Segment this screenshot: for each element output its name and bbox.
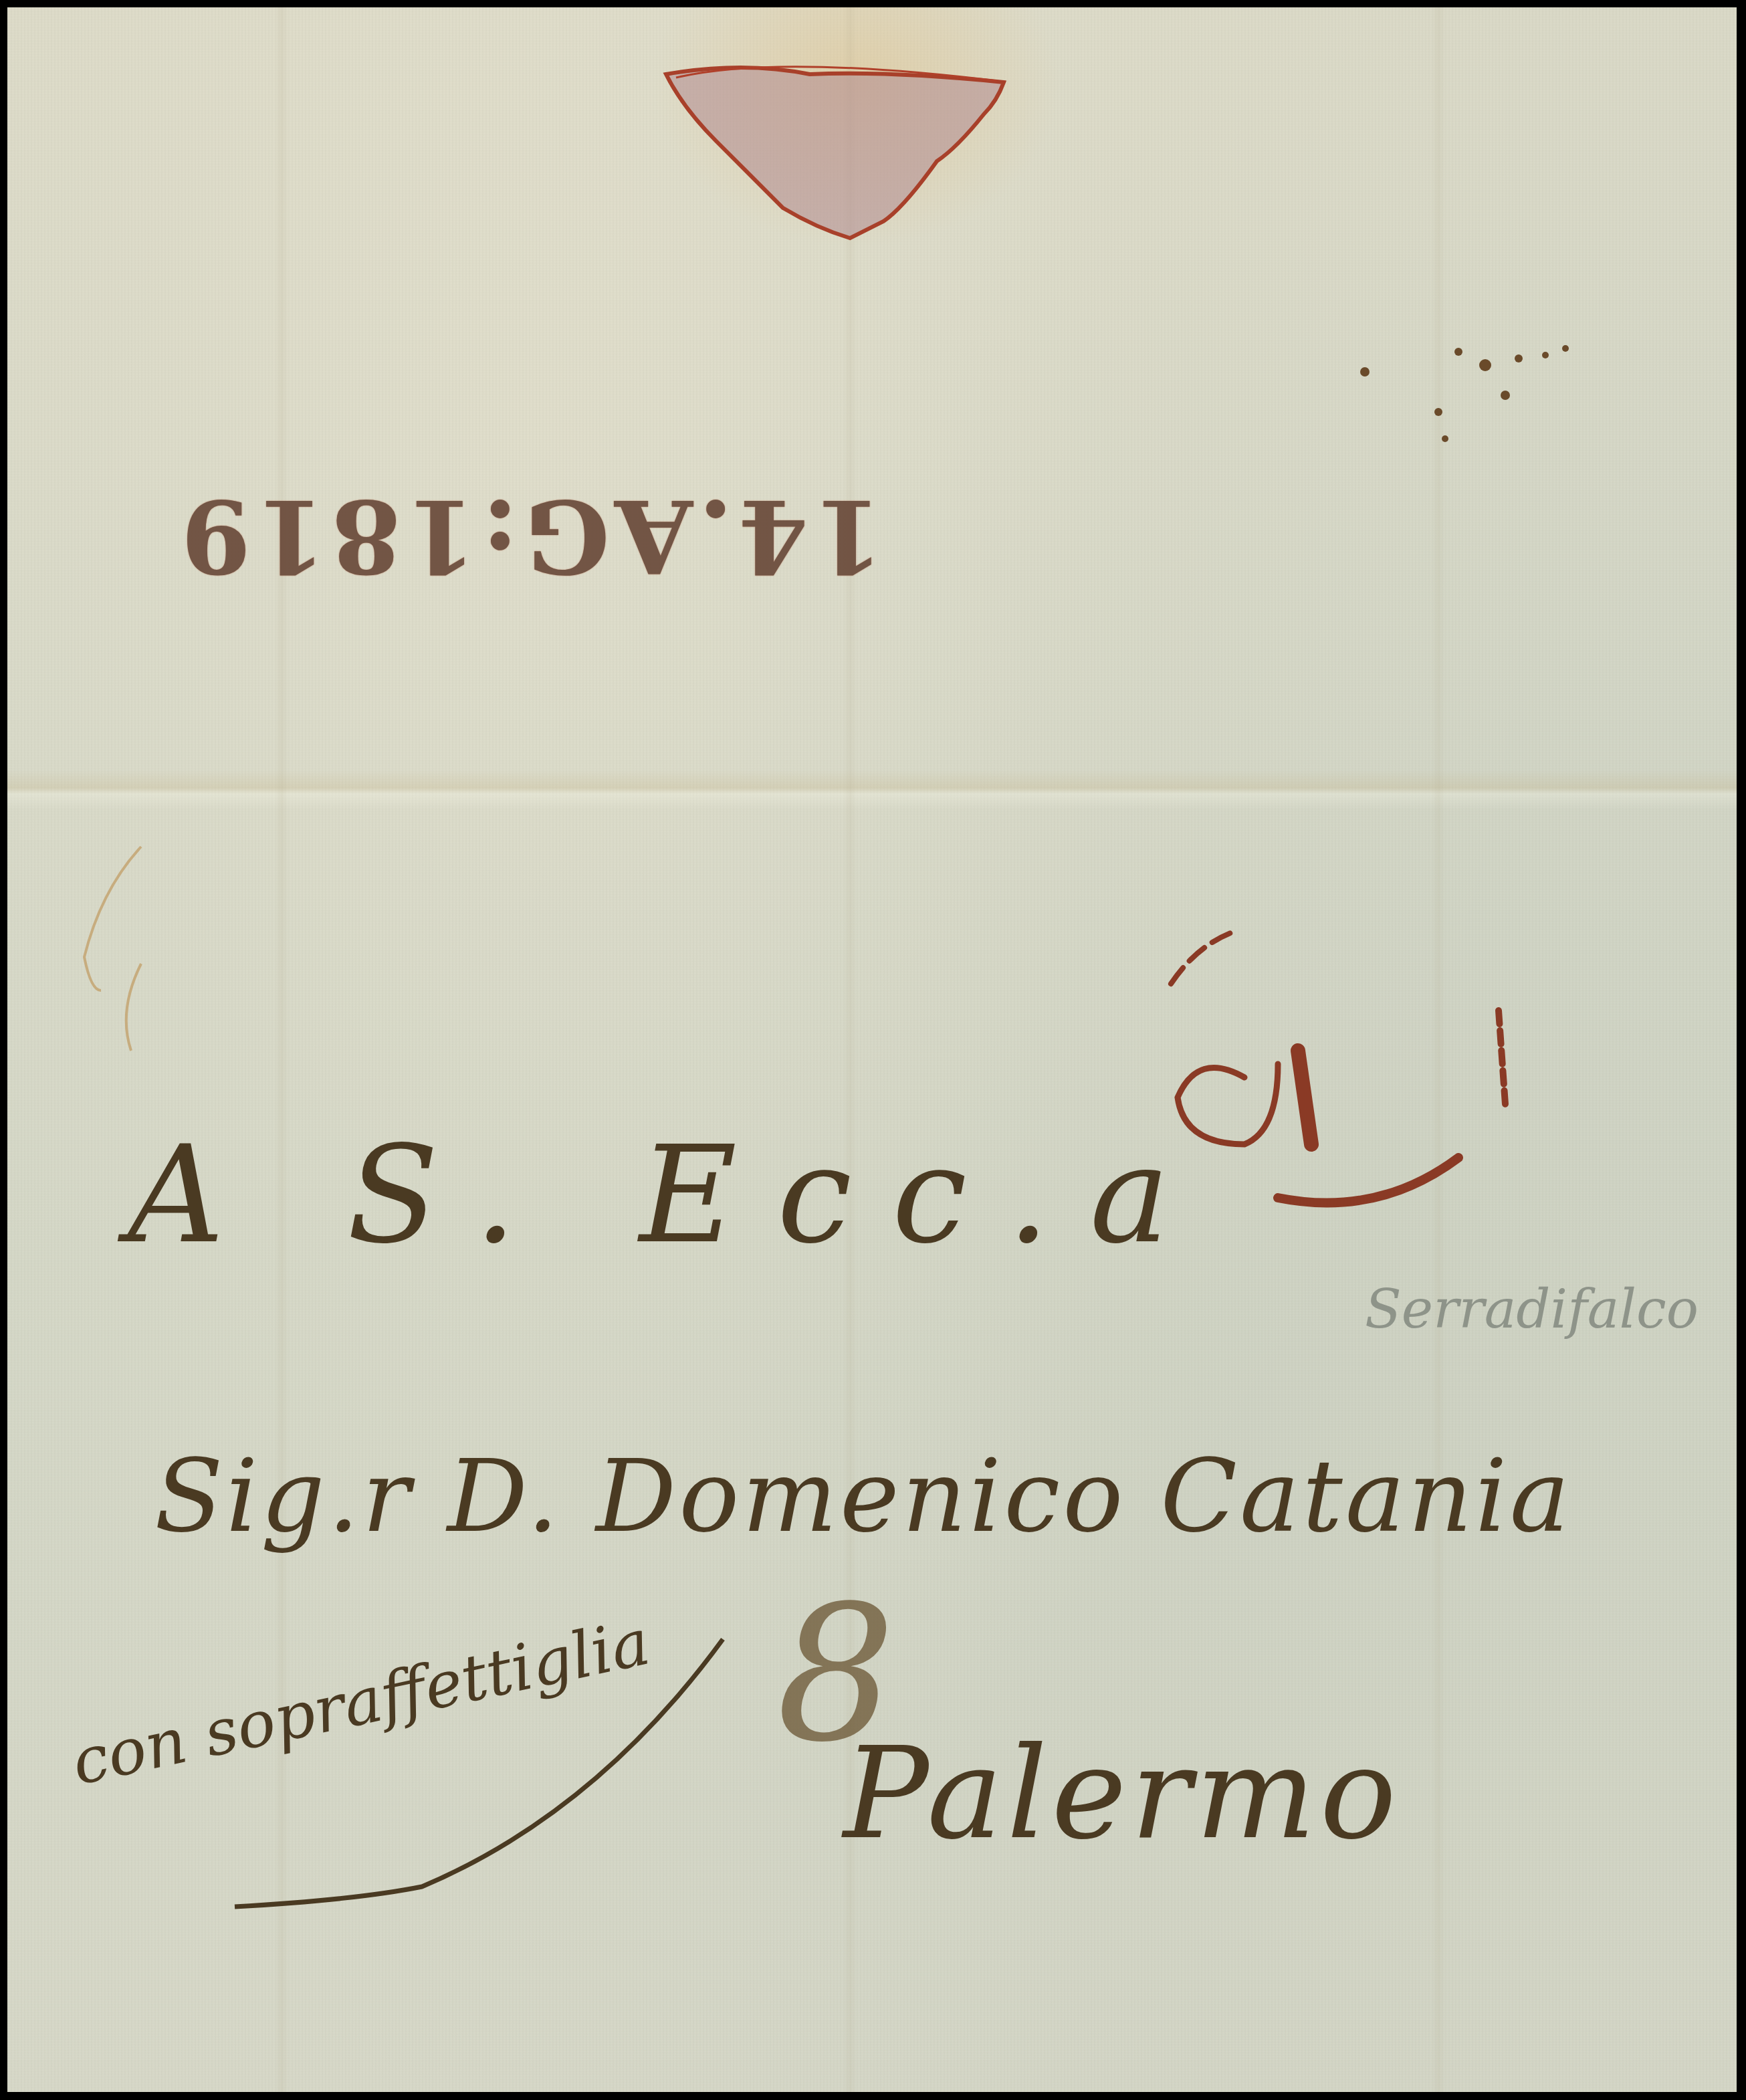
date-postmark-inverted: 14.AG:1819 <box>128 476 883 596</box>
pencil-note: Serradifalco <box>1365 1278 1699 1340</box>
letter-sheet: 14.AG:1819 A S. Ecc.a Serradifalco Sig.r… <box>7 7 1737 2092</box>
circular-cancel-icon <box>1171 930 1505 1203</box>
address-line-1: A S. Ecc.a <box>128 1118 1210 1273</box>
address-line-2: Sig.r D. Domenico Catania <box>154 1439 1572 1555</box>
bracket-mark <box>84 847 141 1051</box>
ink-specks <box>1360 345 1569 442</box>
address-city: Palermo <box>843 1719 1400 1867</box>
wax-seal-icon <box>666 67 1004 238</box>
